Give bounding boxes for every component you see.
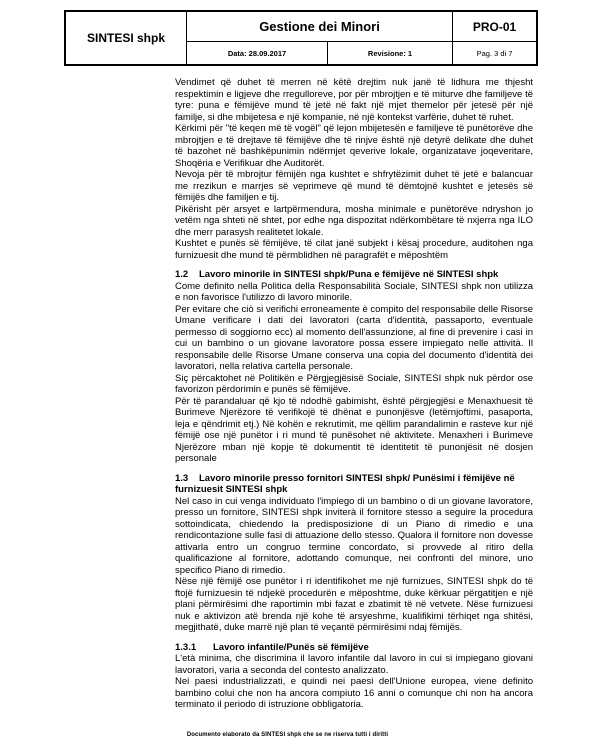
section-paragraph: Per evitare che ciò si verifichi erronea… — [175, 304, 533, 373]
section-number: 1.3 — [175, 473, 199, 485]
section-number: 1.3.1 — [175, 642, 213, 654]
document-body: Vendimet që duhet të merren në këtë drej… — [175, 77, 533, 711]
intro-paragraph: Nevoja për të mbrojtur fëmijën nga kusht… — [175, 169, 533, 204]
header-table: SINTESI shpk Gestione dei Minori PRO-01 … — [64, 10, 538, 66]
document-page: SINTESI shpk Gestione dei Minori PRO-01 … — [0, 0, 600, 750]
document-title: Gestione dei Minori — [187, 12, 452, 42]
section-heading-text: Lavoro infantile/Punës së fëmijëve — [213, 642, 369, 653]
page-number-field: Pag. 3 di 7 — [452, 42, 536, 64]
intro-paragraph: Kërkimi për "të keqen më të vogël" që le… — [175, 123, 533, 169]
section-paragraph: Nëse një fëmijë ose punëtor i ri identif… — [175, 576, 533, 634]
intro-paragraph: Vendimet që duhet të merren në këtë drej… — [175, 77, 533, 123]
intro-paragraph: Pikërisht për arsyet e lartpërmendura, m… — [175, 204, 533, 239]
footer-note: Documento elaborato da SINTESI shpk che … — [90, 732, 485, 738]
section-paragraph: Nel caso in cui venga individuato l'impi… — [175, 496, 533, 577]
section-heading-1-2: 1.2Lavoro minorile in SINTESI shpk/Puna … — [175, 269, 533, 281]
section-paragraph: Nei paesi industrializzati, e quindi nei… — [175, 676, 533, 711]
intro-paragraph: Kushtet e punës së fëmijëve, të cilat ja… — [175, 238, 533, 261]
section-paragraph: Siç përcaktohet në Politikën e Përgjegjë… — [175, 373, 533, 396]
section-heading-1-3: 1.3Lavoro minorile presso fornitori SINT… — [175, 473, 533, 496]
section-heading-1-3-1: 1.3.1Lavoro infantile/Punës së fëmijëve — [175, 642, 533, 654]
document-code: PRO-01 — [452, 12, 536, 42]
revision-field: Revisione: 1 — [327, 42, 452, 64]
section-paragraph: L'età minima, che discrimina il lavoro i… — [175, 653, 533, 676]
section-paragraph: Për të parandaluar që kjo të ndodhë gabi… — [175, 396, 533, 465]
section-number: 1.2 — [175, 269, 199, 281]
section-heading-text: Lavoro minorile presso fornitori SINTESI… — [175, 473, 515, 496]
date-field: Data: 28.09.2017 — [187, 42, 327, 64]
section-heading-text: Lavoro minorile in SINTESI shpk/Puna e f… — [199, 269, 498, 280]
section-paragraph: Come definito nella Politica della Respo… — [175, 281, 533, 304]
company-name: SINTESI shpk — [66, 12, 187, 64]
